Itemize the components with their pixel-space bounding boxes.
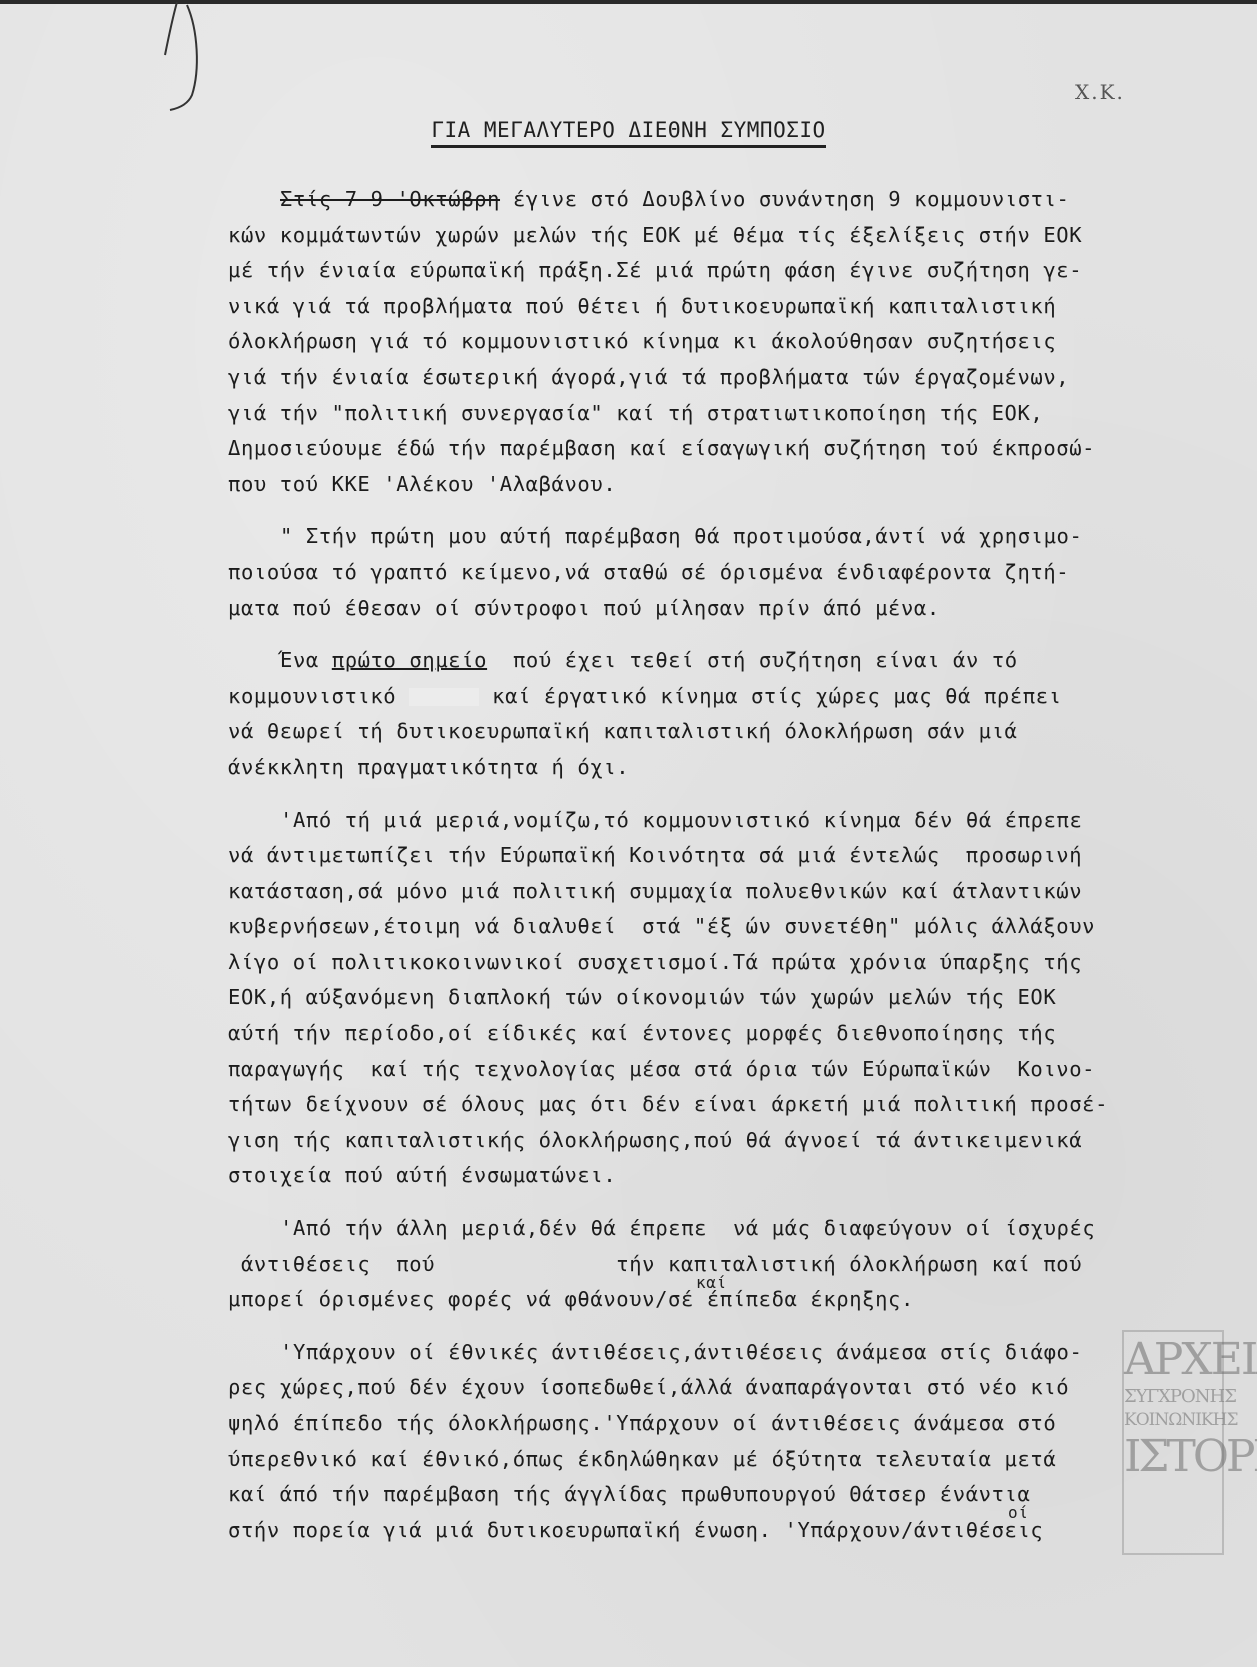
text-line: 'Υπάρχουν οί έθνικές άντιθέσεις,άντιθέσε…	[228, 1335, 1228, 1371]
text-line: Ένα πρώτο σημείο πού έχει τεθεί στή συζή…	[228, 643, 1228, 679]
text-line: στοιχεία πού αύτή ένσωματώνει.	[228, 1158, 1228, 1194]
paragraph-5: 'Υπάρχουν οί έθνικές άντιθέσεις,άντιθέσε…	[228, 1335, 1228, 1549]
watermark-line: ΙΣΤΟΡΙΑΣ	[1124, 1435, 1222, 1479]
text-line: ματα πού έθεσαν οί σύντροφοι πού μίλησαν…	[228, 591, 1228, 627]
paragraph-3: 'Από τή μιά μεριά,νομίζω,τό κομμουνιστικ…	[228, 803, 1228, 1195]
text-line: άντιθέσεις πού τήν καπιταλιστική όλοκλήρ…	[228, 1247, 1228, 1283]
text-line: Δημοσιεύουμε έδώ τήν παρέμβαση καί είσαγ…	[228, 431, 1228, 467]
corner-handwritten-note: Χ.Κ.	[1075, 80, 1125, 104]
title-text: ΓΙΑ ΜΕΓΑΛΥΤΕΡΟ ΔΙΕΘΝΗ ΣΥΜΠΟΣΙΟ	[431, 118, 825, 148]
text-line: κυβερνήσεων,έτοιμη νά διαλυθεί στά "έξ ώ…	[228, 909, 1228, 945]
text-line: τήτων δείχνουν σέ όλους μας ότι δέν είνα…	[228, 1087, 1228, 1123]
text-line: νά θεωρεί τή δυτικοευρωπαϊκή καπιταλιστι…	[228, 714, 1228, 750]
text-line: παραγωγής καί τής τεχνολογίας μέσα στά ό…	[228, 1052, 1228, 1088]
text-line: Στίς 7-9 'Οκτώβρη έγινε στό Δουβλίνο συν…	[228, 182, 1228, 218]
scanned-page: Χ.Κ. ΓΙΑ ΜΕΓΑΛΥΤΕΡΟ ΔΙΕΘΝΗ ΣΥΜΠΟΣΙΟ Στίς…	[0, 0, 1257, 1667]
correction-patch	[409, 688, 479, 706]
text-line: αύτή τήν περίοδο,οί είδικές καί έντονες …	[228, 1016, 1228, 1052]
text-line: μέ τήν ένιαία εύρωπαϊκή πράξη.Σέ μιά πρώ…	[228, 253, 1228, 289]
text-line: κών κομμάτωντών χωρών μελών τής ΕΟΚ μέ θ…	[228, 218, 1228, 254]
handwritten-insertion: οί	[1008, 1495, 1028, 1531]
paragraph-4: 'Από τήν άλλη μεριά,δέν θά έπρεπε νά μάς…	[228, 1211, 1228, 1318]
watermark-line: ΑΡΧΕΙΑ	[1124, 1338, 1222, 1382]
paragraph-2: Ένα πρώτο σημείο πού έχει τεθεί στή συζή…	[228, 643, 1228, 785]
underlined-date: Στίς 7-9 'Οκτώβρη	[280, 187, 500, 211]
text-line: νά άντιμετωπίζει τήν Εύρωπαϊκή Κοινότητα…	[228, 838, 1228, 874]
text-line: ρες χώρες,πού δέν έχουν ίσοπεδωθεί,άλλά …	[228, 1370, 1228, 1406]
text-line: άνέκκλητη πραγματικότητα ή όχι.	[228, 750, 1228, 786]
paragraph-1: " Στήν πρώτη μου αύτή παρέμβαση θά προτι…	[228, 519, 1228, 626]
document-body: Στίς 7-9 'Οκτώβρη έγινε στό Δουβλίνο συν…	[228, 182, 1228, 1565]
text-line: 'Από τή μιά μεριά,νομίζω,τό κομμουνιστικ…	[228, 803, 1228, 839]
text-line: που τού ΚΚΕ 'Αλέκου 'Αλαβάνου.	[228, 467, 1228, 503]
text-line: κομμουνιστικό καί έργατικό κίνημα στίς χ…	[228, 679, 1228, 715]
intro-paragraph: Στίς 7-9 'Οκτώβρη έγινε στό Δουβλίνο συν…	[228, 182, 1228, 502]
document-title: ΓΙΑ ΜΕΓΑΛΥΤΕΡΟ ΔΙΕΘΝΗ ΣΥΜΠΟΣΙΟ	[0, 118, 1257, 142]
text-line: λίγο οί πολιτικοκοινωνικοί συσχετισμοί.Τ…	[228, 945, 1228, 981]
text-line: κατάσταση,σά μόνο μιά πολιτική συμμαχία …	[228, 874, 1228, 910]
text-line: ποιούσα τό γραπτό κείμενο,νά σταθώ σέ όρ…	[228, 555, 1228, 591]
text-line: 'Από τήν άλλη μεριά,δέν θά έπρεπε νά μάς…	[228, 1211, 1228, 1247]
text-line: όλοκλήρωση γιά τό κομμουνιστικό κίνημα κ…	[228, 324, 1228, 360]
pen-mark-icon	[140, 0, 200, 115]
text-line: " Στήν πρώτη μου αύτή παρέμβαση θά προτι…	[228, 519, 1228, 555]
text-line: ΕΟΚ,ή αύξανόμενη διαπλοκή τών οίκονομιών…	[228, 980, 1228, 1016]
text-line: καί άπό τήν παρέμβαση τής άγγλίδας πρωθυ…	[228, 1477, 1228, 1513]
text-line: στήν πορεία γιά μιά δυτικοευρωπαϊκή ένωσ…	[228, 1513, 1228, 1549]
handwritten-insertion: καί	[696, 1265, 727, 1301]
text-line: ψηλό έπίπεδο τής όλοκλήρωσης.'Υπάρχουν ο…	[228, 1406, 1228, 1442]
text-line: μπορεί όρισμένες φορές νά φθάνουν/σέ έπί…	[228, 1282, 1228, 1318]
archive-watermark-stamp: ΑΡΧΕΙΑ ΣΥΓΧΡΟΝΗΣ ΚΟΙΝΩΝΙΚΗΣ ΙΣΤΟΡΙΑΣ	[1122, 1330, 1224, 1555]
underlined-phrase: πρώτο σημείο	[332, 648, 487, 672]
watermark-line: ΚΟΙΝΩΝΙΚΗΣ	[1124, 1412, 1222, 1429]
text-line: γιση τής καπιταλιστικής όλοκλήρωσης,πού …	[228, 1123, 1228, 1159]
text-line: ύπερεθνικό καί έθνικό,όπως έκδηλώθηκαν μ…	[228, 1442, 1228, 1478]
text-line: γιά τήν "πολιτική συνεργασία" καί τή στρ…	[228, 396, 1228, 432]
watermark-line: ΣΥΓΧΡΟΝΗΣ	[1124, 1388, 1222, 1406]
text-line: γιά τήν ένιαία έσωτερική άγορά,γιά τά πρ…	[228, 360, 1228, 396]
text-line: νικά γιά τά προβλήματα πού θέτει ή δυτικ…	[228, 289, 1228, 325]
